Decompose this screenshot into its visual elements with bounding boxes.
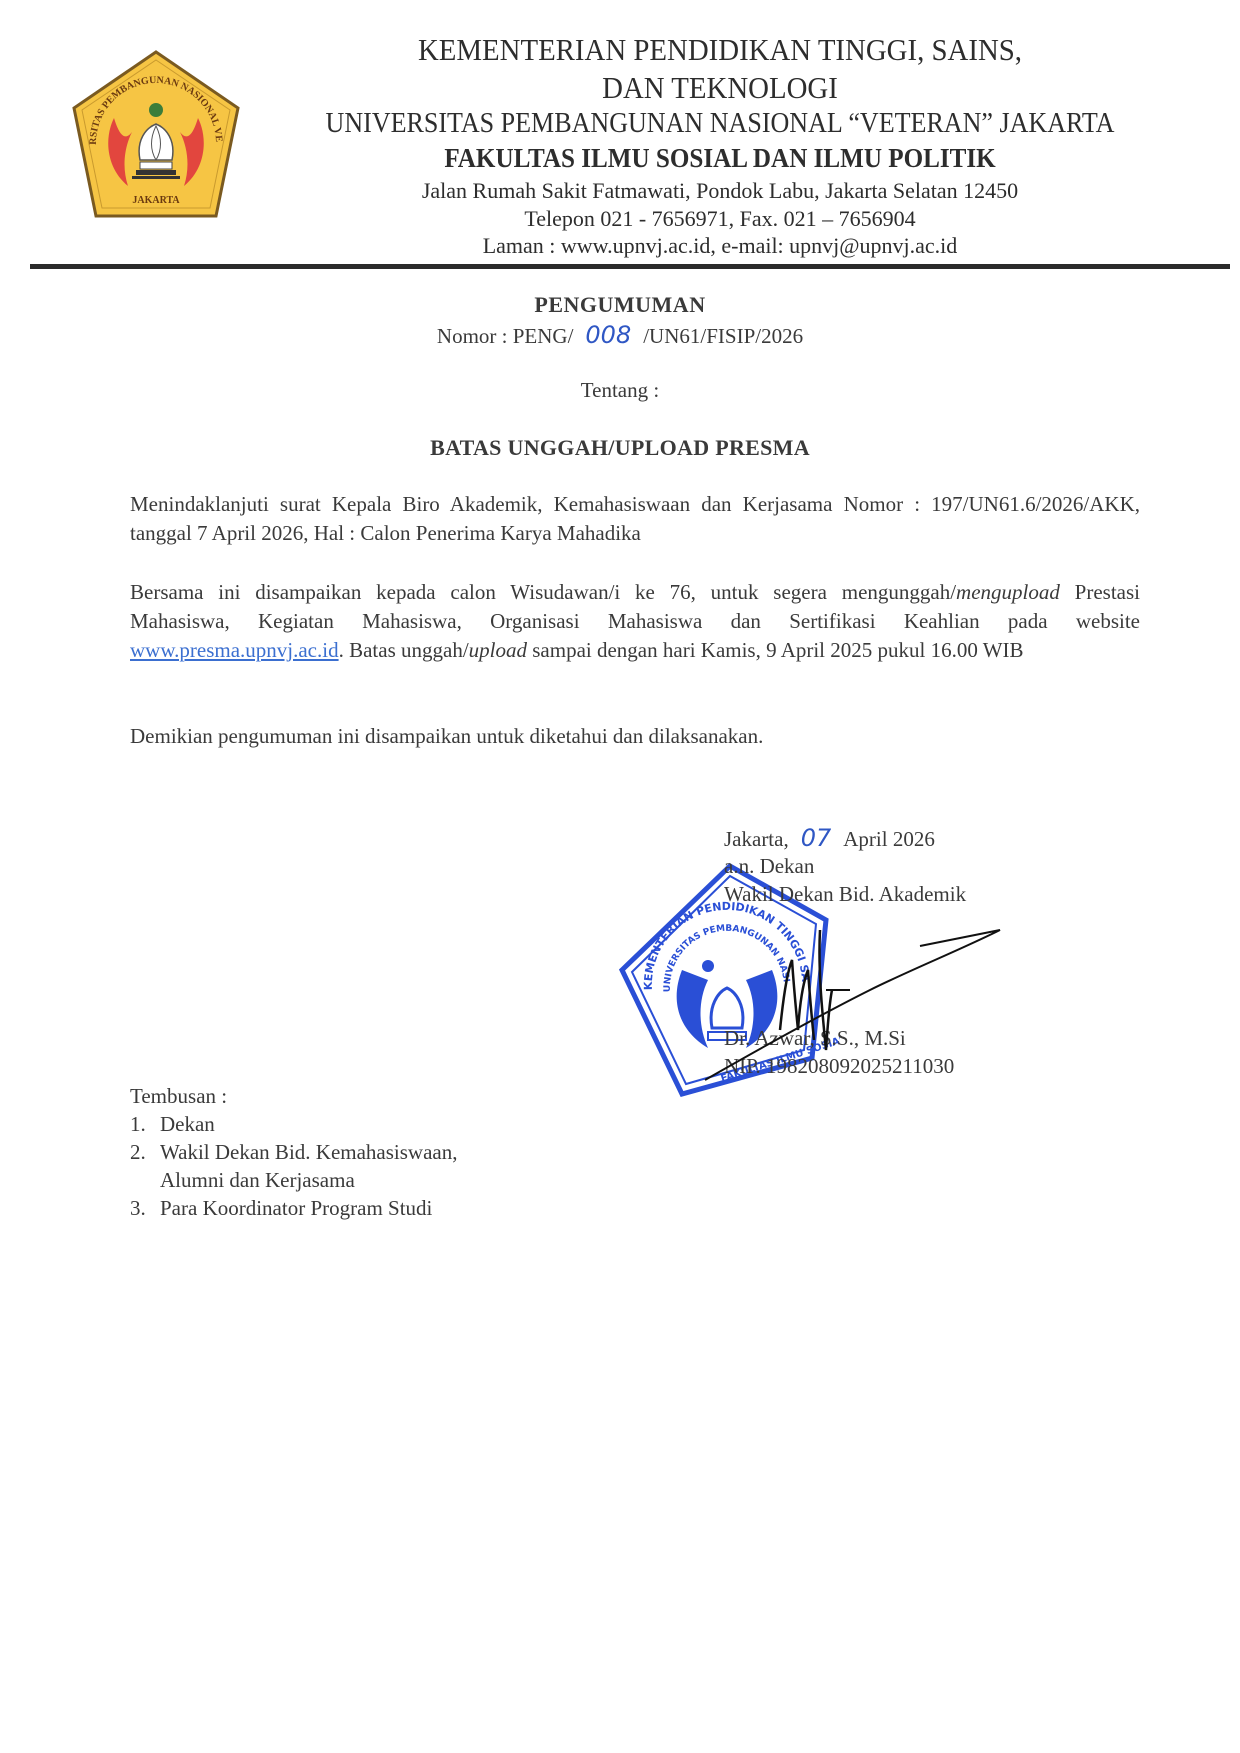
- letterhead-divider: [30, 264, 1230, 269]
- signature-scribble-icon: [700, 890, 1020, 1090]
- ministry-name-line2: DAN TEKNOLOGI: [283, 72, 1157, 103]
- copies-title: Tembusan :: [130, 1082, 227, 1110]
- paragraph2-text: . Batas unggah/: [339, 638, 469, 662]
- university-emblem-icon: UNIVERSITAS PEMBANGUNAN NASIONAL VETERAN…: [66, 48, 246, 228]
- handwritten-signature: [700, 890, 1020, 1090]
- copies-item: 1. Dekan: [130, 1110, 457, 1138]
- signature-date: Jakarta,07April 2026: [724, 824, 935, 853]
- copies-item-text: Para Koordinator Program Studi: [160, 1196, 432, 1220]
- closing-paragraph: Demikian pengumuman ini disampaikan untu…: [130, 722, 1140, 751]
- phone-fax: Telepon 021 - 7656971, Fax. 021 – 765690…: [250, 208, 1190, 230]
- number-prefix: Nomor : PENG/: [437, 324, 574, 348]
- signature-day-handwritten: 07: [789, 824, 844, 852]
- address: Jalan Rumah Sakit Fatmawati, Pondok Labu…: [250, 180, 1190, 202]
- copies-list: 1. Dekan 2. Wakil Dekan Bid. Kemahasiswa…: [130, 1110, 457, 1222]
- paragraph2-text: Bersama ini disampaikan kepada calon Wis…: [130, 580, 956, 604]
- website-email: Laman : www.upnvj.ac.id, e-mail: upnvj@u…: [250, 235, 1190, 257]
- copies-item-text: Alumni dan Kerjasama: [160, 1168, 355, 1192]
- paragraph2-italic: mengupload: [956, 580, 1060, 604]
- presma-website-link[interactable]: www.presma.upnvj.ac.id: [130, 638, 339, 662]
- copies-item-text: Wakil Dekan Bid. Kemahasiswaan,: [160, 1140, 457, 1164]
- copies-item-number: 2.: [130, 1138, 146, 1166]
- signature-month-year: April 2026: [843, 827, 935, 851]
- announcement-subject: BATAS UNGGAH/UPLOAD PRESMA: [0, 435, 1240, 461]
- copies-item-number: 3.: [130, 1194, 146, 1222]
- body-paragraph-2: Bersama ini disampaikan kepada calon Wis…: [130, 578, 1140, 665]
- copies-item-number: 1.: [130, 1110, 146, 1138]
- signature-place: Jakarta,: [724, 827, 789, 851]
- copies-item: 2. Wakil Dekan Bid. Kemahasiswaan, Alumn…: [130, 1138, 457, 1194]
- copies-item: 3. Para Koordinator Program Studi: [130, 1194, 457, 1222]
- about-label: Tentang :: [0, 378, 1240, 403]
- letterhead: KEMENTERIAN PENDIDIKAN TINGGI, SAINS, DA…: [250, 0, 1190, 260]
- ministry-name-line1: KEMENTERIAN PENDIDIKAN TINGGI, SAINS,: [283, 34, 1157, 65]
- paragraph2-text: sampai dengan hari Kamis, 9 April 2025 p…: [527, 638, 1024, 662]
- announcement-number: Nomor : PENG/008/UN61/FISIP/2026: [0, 321, 1240, 349]
- svg-text:JAKARTA: JAKARTA: [132, 195, 180, 206]
- paragraph2-italic: upload: [469, 638, 527, 662]
- faculty-name: FAKULTAS ILMU SOSIAL DAN ILMU POLITIK: [283, 145, 1157, 172]
- announcement-title: PENGUMUMAN: [0, 292, 1240, 318]
- university-name: UNIVERSITAS PEMBANGUNAN NASIONAL “VETERA…: [283, 110, 1157, 138]
- copies-item-text: Dekan: [160, 1112, 215, 1136]
- signature-on-behalf: a.n. Dekan: [724, 852, 814, 880]
- body-paragraph-1: Menindaklanjuti surat Kepala Biro Akadem…: [130, 490, 1140, 548]
- university-logo: UNIVERSITAS PEMBANGUNAN NASIONAL VETERAN…: [66, 48, 246, 228]
- number-handwritten: 008: [573, 321, 643, 349]
- number-suffix: /UN61/FISIP/2026: [643, 324, 803, 348]
